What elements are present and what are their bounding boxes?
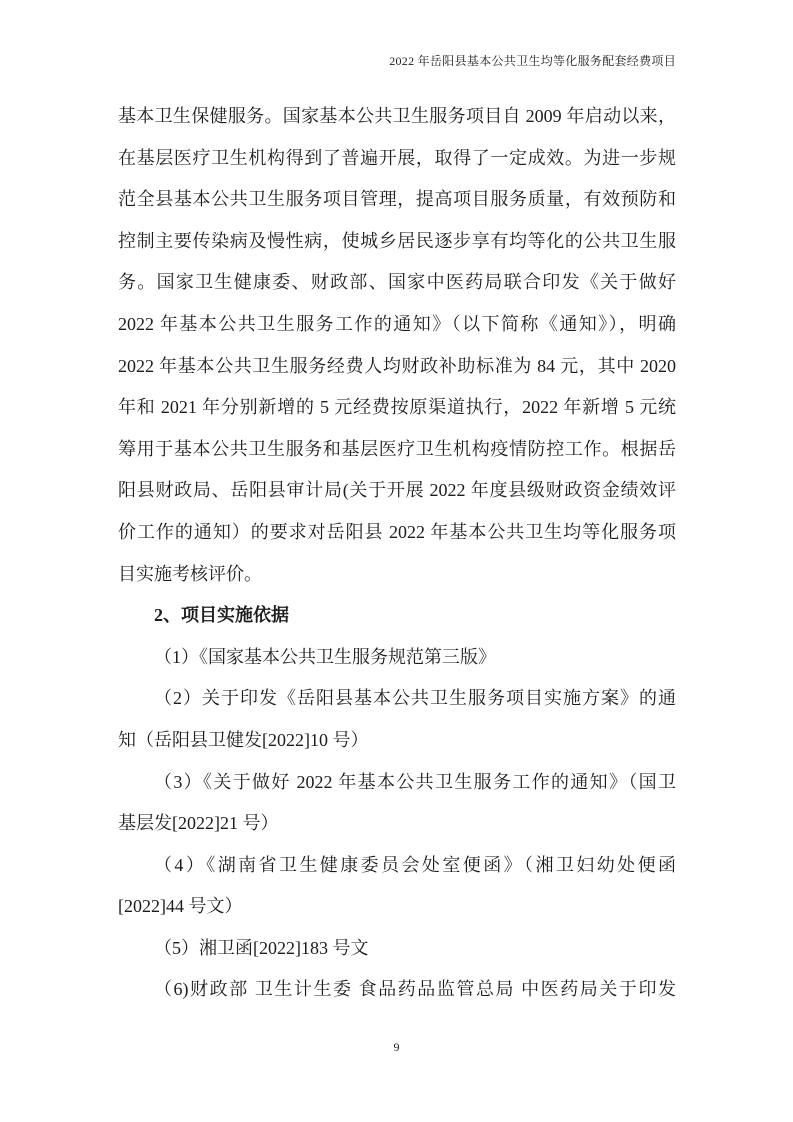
page-header: 2022 年岳阳县基本公共卫生均等化服务配套经费项目 (118, 52, 676, 69)
list-item: （6)财政部 卫生计生委 食品药品监管总局 中医药局关于印发 (118, 969, 676, 1011)
text-line: 知（岳阳县卫健发[2022]10 号） (118, 720, 676, 762)
list-item: （4）《湖南省卫生健康委员会处室便函》（湘卫妇幼处便函 (118, 845, 676, 887)
section-heading: 2、项目实施依据 (118, 595, 676, 637)
text-line: 年和 2021 年分别新增的 5 元经费按原渠道执行，2022 年新增 5 元统 (118, 387, 676, 429)
text-line: 2022 年基本公共卫生服务经费人均财政补助标准为 84 元，其中 2020 (118, 346, 676, 388)
list-item: （2）关于印发《岳阳县基本公共卫生服务项目实施方案》的通 (118, 678, 676, 720)
text-line: 2022 年基本公共卫生服务工作的通知》（以下简称《通知》），明确 (118, 304, 676, 346)
text-line: 范全县基本公共卫生服务项目管理，提高项目服务质量，有效预防和 (118, 179, 676, 221)
text-line: 价工作的通知）的要求对岳阳县 2022 年基本公共卫生均等化服务项 (118, 512, 676, 554)
text-line: 控制主要传染病及慢性病，使城乡居民逐步享有均等化的公共卫生服 (118, 221, 676, 263)
list-item: （3）《关于做好 2022 年基本公共卫生服务工作的通知》（国卫 (118, 762, 676, 804)
text-line: 基本卫生保健服务。国家基本公共卫生服务项目自 2009 年启动以来， (118, 96, 676, 138)
list-item: （1）《国家基本公共卫生服务规范第三版》 (118, 637, 676, 679)
text-line: 务。国家卫生健康委、财政部、国家中医药局联合印发《关于做好 (118, 262, 676, 304)
text-line: [2022]44 号文） (118, 886, 676, 928)
text-line: 在基层医疗卫生机构得到了普遍开展，取得了一定成效。为进一步规 (118, 138, 676, 180)
text-line: 基层发[2022]21 号） (118, 803, 676, 845)
document-body: 基本卫生保健服务。国家基本公共卫生服务项目自 2009 年启动以来， 在基层医疗… (118, 96, 676, 1011)
page-number: 9 (0, 1040, 793, 1055)
list-item: （5）湘卫函[2022]183 号文 (118, 928, 676, 970)
document-page: 2022 年岳阳县基本公共卫生均等化服务配套经费项目 基本卫生保健服务。国家基本… (0, 0, 793, 1122)
text-line: 目实施考核评价。 (118, 554, 676, 596)
text-line: 筹用于基本公共卫生服务和基层医疗卫生机构疫情防控工作。根据岳 (118, 429, 676, 471)
text-line: 阳县财政局、岳阳县审计局(关于开展 2022 年度县级财政资金绩效评 (118, 470, 676, 512)
